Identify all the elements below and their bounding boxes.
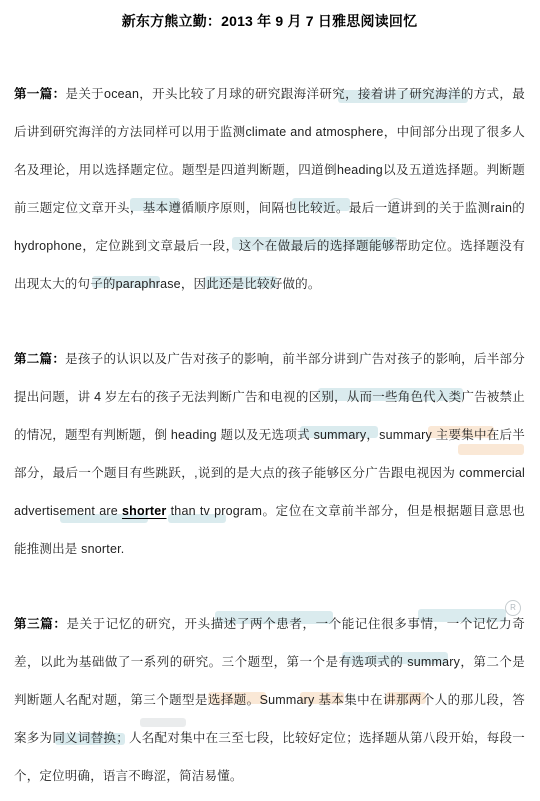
paragraph: 第三篇：是关于记忆的研究，开头描述了两个患者，一个能记住很多事情，一个记忆力奇差…: [14, 605, 525, 795]
document-body: 第一篇：是关于ocean，开头比较了月球的研究跟海洋研究，接着讲了研究海洋的方式…: [14, 75, 525, 795]
text-segment: 是孩子的认识以及广告对孩子的影响，前半部分讲到广告对孩子的影响，后半部分提出问题…: [14, 352, 525, 518]
text-segment: 是关于ocean，开头比较了月球的研究跟海洋研究，接着讲了研究海洋的方式，最后讲…: [14, 87, 525, 291]
text-segment: 第一篇：: [14, 87, 65, 101]
document-page: RR 新东方熊立勤：2013 年 9 月 7 日雅思阅读回忆 第一篇：是关于oc…: [0, 0, 540, 801]
text-segment: 第二篇：: [14, 352, 65, 366]
text-segment: 是关于记忆的研究，开头描述了两个患者，一个能记住很多事情，一个记忆力奇差，以此为…: [14, 617, 525, 783]
text-segment: shorter: [122, 504, 166, 518]
page-title: 新东方熊立勤：2013 年 9 月 7 日雅思阅读回忆: [14, 2, 525, 40]
paragraph: 第一篇：是关于ocean，开头比较了月球的研究跟海洋研究，接着讲了研究海洋的方式…: [14, 75, 525, 303]
document-content: 新东方熊立勤：2013 年 9 月 7 日雅思阅读回忆 第一篇：是关于ocean…: [0, 0, 540, 795]
text-segment: 第三篇：: [14, 617, 66, 631]
paragraph: 第二篇：是孩子的认识以及广告对孩子的影响，前半部分讲到广告对孩子的影响，后半部分…: [14, 340, 525, 568]
